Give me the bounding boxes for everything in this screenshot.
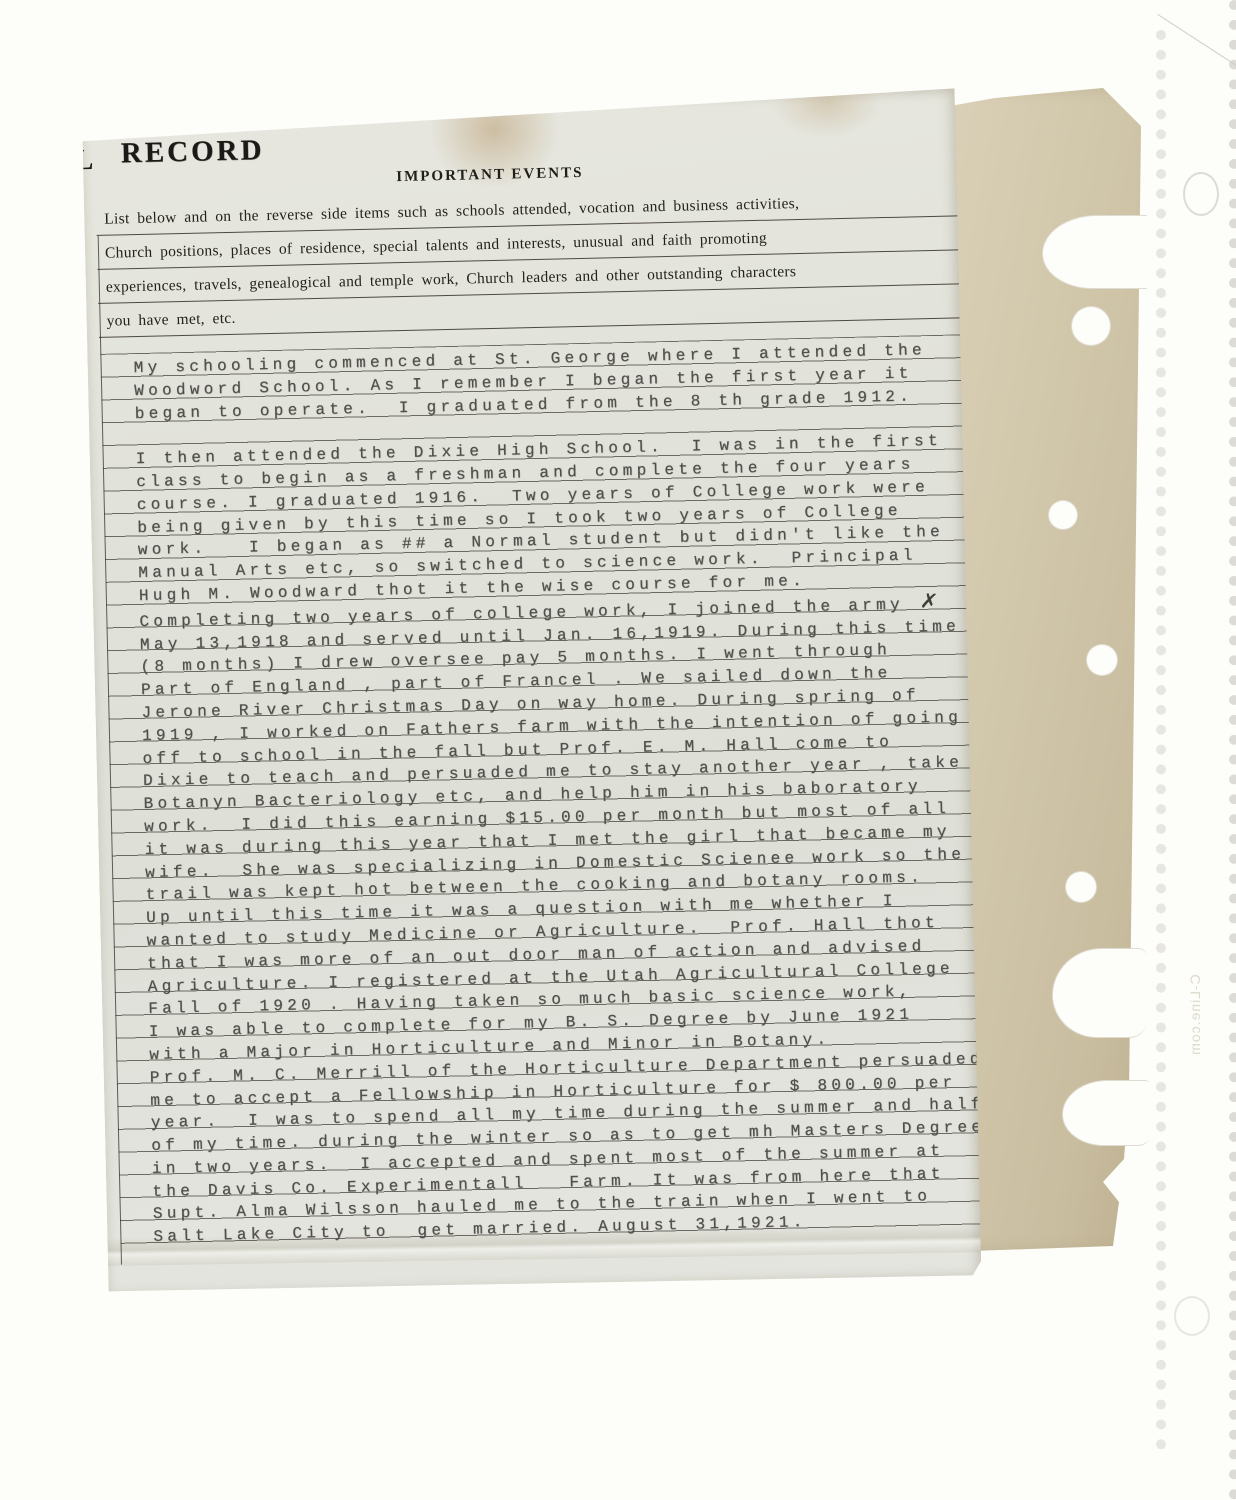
punch-hole-outline-top xyxy=(1183,172,1219,216)
typed-text-block: My schooling commenced at St. George whe… xyxy=(133,338,980,1249)
torn-binder-hole xyxy=(1065,871,1097,903)
record-title: RECORD xyxy=(120,134,264,170)
paper-fold-line xyxy=(1157,14,1236,69)
record-title-partial-letter: L xyxy=(82,144,96,177)
scanned-page-background: C-Line.com L RECORD IMPORTANT EVENTS Lis… xyxy=(0,0,1236,1500)
backing-sheet-watermark: C-Line.com xyxy=(1187,905,1217,1125)
torn-binder-hole xyxy=(1042,215,1147,289)
torn-binder-hole xyxy=(1048,500,1078,530)
torn-binder-hole xyxy=(1071,306,1111,346)
x-mark-annotation: ✗ xyxy=(919,589,939,614)
instruction-rows: List below and on the reverse side items… xyxy=(96,182,960,337)
torn-binder-hole xyxy=(1062,1080,1149,1146)
record-sheet-surface: L RECORD IMPORTANT EVENTS List below and… xyxy=(82,88,982,1295)
punch-hole-outline-bottom xyxy=(1174,1296,1210,1336)
torn-binder-hole xyxy=(1086,644,1118,676)
paper-stain-top-right xyxy=(771,88,882,138)
torn-binder-hole xyxy=(1052,948,1147,1038)
record-sheet: L RECORD IMPORTANT EVENTS List below and… xyxy=(82,88,982,1295)
perforation-dots-column-edge xyxy=(1229,0,1236,1500)
perforation-dots-column xyxy=(1156,30,1166,1450)
